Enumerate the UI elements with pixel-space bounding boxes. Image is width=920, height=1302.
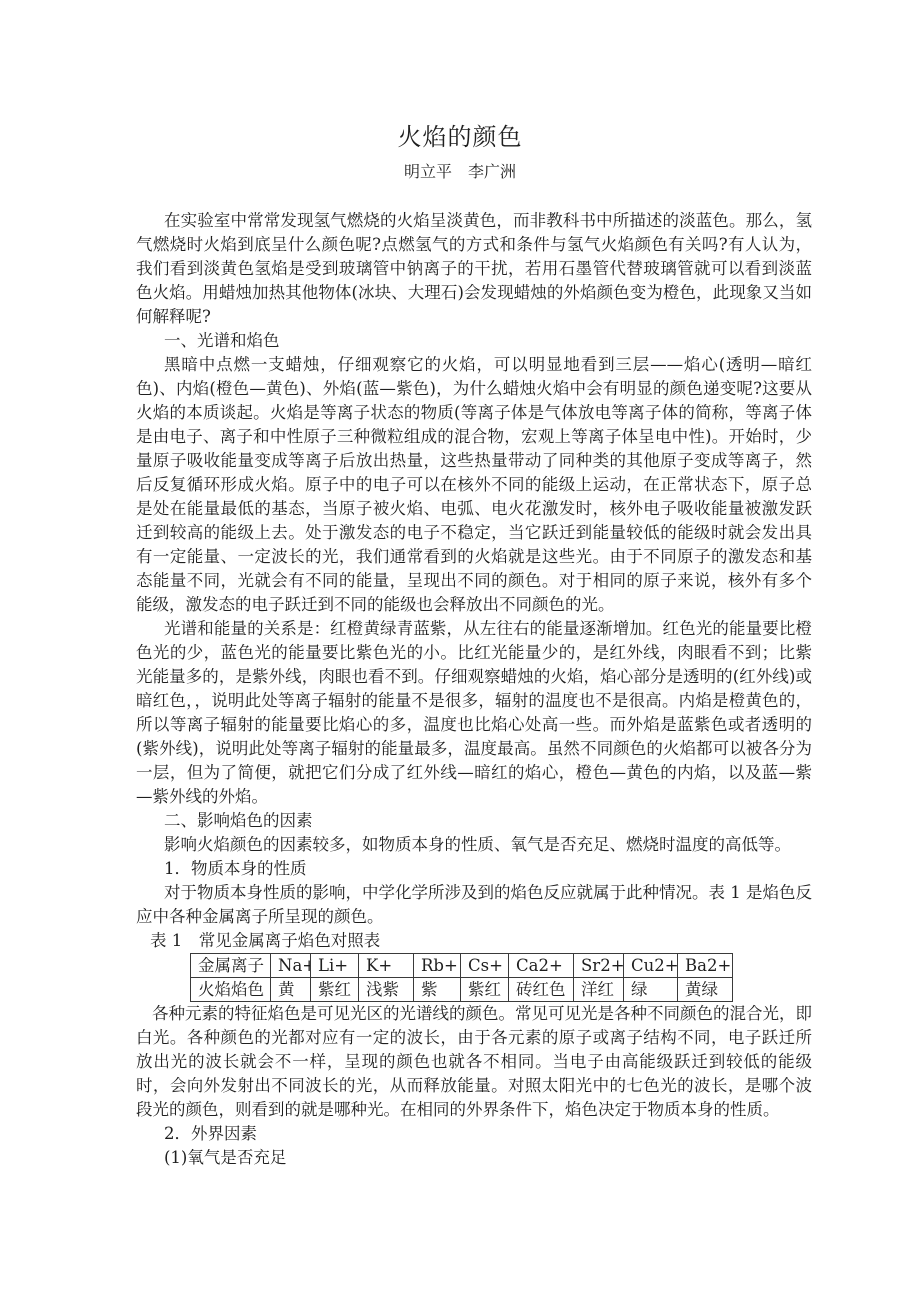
table-cell: Ba2+	[678, 954, 733, 978]
heading-section-1: 一、光谱和焰色	[136, 329, 812, 353]
paragraph-flame-layers: 黑暗中点燃一支蜡烛，仔细观察它的火焰，可以明显地看到三层——焰心(透明—暗红色)…	[136, 353, 812, 617]
table-cell: K+	[359, 954, 414, 978]
table-cell: 紫	[414, 978, 461, 1002]
document-page: 火焰的颜色 明立平 李广洲 在实验室中常常发现氢气燃烧的火焰呈淡黄色，而非教科书…	[0, 0, 920, 1302]
table-cell: Cu2+	[624, 954, 678, 978]
table-cell: Sr2+	[574, 954, 624, 978]
table-row-metal-ions: 金属离子 Na+ Li+ K+ Rb+ Cs+ Ca2+ Sr2+ Cu2+ B…	[191, 954, 733, 978]
table-cell: 绿	[624, 978, 678, 1002]
heading-subsection-1: 1．物质本身的性质	[136, 857, 812, 881]
table-cell: Rb+	[414, 954, 461, 978]
heading-section-2: 二、影响焰色的因素	[136, 809, 812, 833]
paragraph-characteristic-colors: 各种元素的特征焰色是可见光区的光谱线的颜色。常见可见光是各种不同颜色的混合光，即…	[136, 1002, 812, 1122]
table-cell: 黄绿	[678, 978, 733, 1002]
table-caption: 表 1 常见金属离子焰色对照表	[136, 929, 812, 953]
document-body: 在实验室中常常发现氢气燃烧的火焰呈淡黄色，而非教科书中所描述的淡蓝色。那么，氢气…	[136, 209, 812, 1170]
table-cell: 浅紫	[359, 978, 414, 1002]
page-title: 火焰的颜色	[0, 0, 920, 152]
table-cell: 火焰焰色	[191, 978, 271, 1002]
table-cell: Na+	[271, 954, 311, 978]
table-cell: Ca2+	[509, 954, 574, 978]
paragraph-factors: 影响火焰颜色的因素较多，如物质本身的性质、氧气是否充足、燃烧时温度的高低等。	[136, 833, 812, 857]
table-cell: 洋红	[574, 978, 624, 1002]
table-cell: 紫红	[311, 978, 359, 1002]
table-cell: 黄	[271, 978, 311, 1002]
table-row-flame-colors: 火焰焰色 黄 紫红 浅紫 紫 紫红 砖红色 洋红 绿 黄绿	[191, 978, 733, 1002]
paragraph-spectrum-energy: 光谱和能量的关系是：红橙黄绿青蓝紫，从左往右的能量逐渐增加。红色光的能量要比橙色…	[136, 617, 812, 809]
paragraph-substance-property: 对于物质本身性质的影响，中学化学所涉及到的焰色反应就属于此种情况。表 1 是焰色…	[136, 881, 812, 929]
table-cell: Li+	[311, 954, 359, 978]
table-cell: 金属离子	[191, 954, 271, 978]
metal-ion-flame-color-table: 金属离子 Na+ Li+ K+ Rb+ Cs+ Ca2+ Sr2+ Cu2+ B…	[190, 953, 733, 1002]
table-cell: 砖红色	[509, 978, 574, 1002]
heading-subsection-2: 2．外界因素	[136, 1122, 812, 1146]
table-cell: Cs+	[461, 954, 509, 978]
document-authors: 明立平 李广洲	[0, 161, 920, 183]
paragraph-intro: 在实验室中常常发现氢气燃烧的火焰呈淡黄色，而非教科书中所描述的淡蓝色。那么，氢气…	[136, 209, 812, 329]
table-cell: 紫红	[461, 978, 509, 1002]
paragraph-oxygen-sufficiency: (1)氧气是否充足	[136, 1146, 812, 1170]
